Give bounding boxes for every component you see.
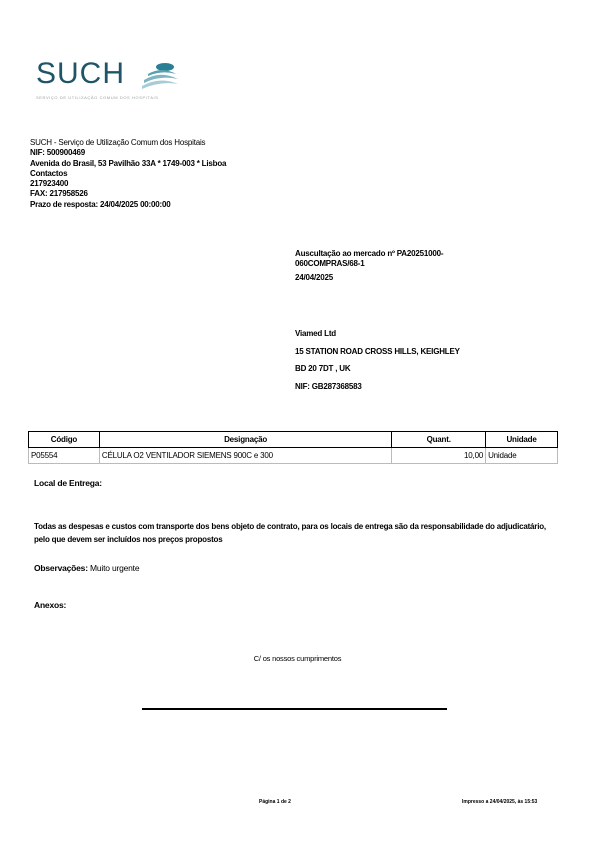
cell-unit: Unidade — [486, 448, 558, 464]
reference-date: 24/04/2025 — [295, 273, 333, 282]
supplier-address1: 15 STATION ROAD CROSS HILLS, KEIGHLEY — [295, 347, 460, 365]
sender-phone: 217923400 — [30, 179, 226, 189]
logo-wordmark: SUCH — [36, 58, 125, 90]
delivery-location-label: Local de Entrega: — [34, 478, 102, 488]
cell-quantity: 10,00 — [392, 448, 486, 464]
supplier-address2: BD 20 7DT , UK — [295, 364, 460, 382]
sender-contacts-label: Contactos — [30, 169, 226, 179]
transport-note: Todas as despesas e custos com transport… — [34, 520, 554, 546]
reference-title: Auscultação ao mercado nº PA20251000- 06… — [295, 249, 443, 269]
header-code: Código — [29, 432, 100, 448]
table-row: P05554 CÉLULA O2 VENTILADOR SIEMENS 900C… — [29, 448, 558, 464]
observations-label: Observações: — [34, 563, 88, 573]
header-quantity: Quant. — [392, 432, 486, 448]
cell-description: CÉLULA O2 VENTILADOR SIEMENS 900C e 300 — [99, 448, 391, 464]
supplier-name: Viamed Ltd — [295, 329, 460, 347]
response-deadline: Prazo de resposta: 24/04/2025 00:00:00 — [30, 200, 226, 210]
sender-address: Avenida do Brasil, 53 Pavilhão 33A * 174… — [30, 159, 226, 169]
supplier-block: Viamed Ltd 15 STATION ROAD CROSS HILLS, … — [295, 329, 460, 399]
greeting: C/ os nossos cumprimentos — [0, 654, 595, 663]
observations: Observações: Muito urgente — [34, 563, 139, 573]
signature-line — [142, 708, 447, 710]
page-number: Página 1 de 2 — [259, 799, 291, 805]
waves-logo-icon — [140, 60, 180, 90]
reference-title-line2: 060COMPRAS/68-1 — [295, 259, 443, 269]
sender-name: SUCH - Serviço de Utilização Comum dos H… — [30, 138, 226, 148]
sender-fax: FAX: 217958526 — [30, 189, 226, 199]
items-table: Código Designação Quant. Unidade P05554 … — [28, 431, 558, 464]
cell-code: P05554 — [29, 448, 100, 464]
header-description: Designação — [99, 432, 391, 448]
such-logo: SUCH SERVIÇO DE UTILIZAÇÃO COMUM DOS HOS… — [36, 58, 186, 106]
attachments-label: Anexos: — [34, 600, 66, 610]
observations-value: Muito urgente — [90, 563, 139, 573]
reference-title-line1: Auscultação ao mercado nº PA20251000- — [295, 249, 443, 259]
header-unit: Unidade — [486, 432, 558, 448]
table-header-row: Código Designação Quant. Unidade — [29, 432, 558, 448]
print-timestamp: Impresso a 24/04/2025, às 15:53 — [462, 799, 537, 805]
sender-block: SUCH - Serviço de Utilização Comum dos H… — [30, 138, 226, 210]
supplier-nif: NIF: GB287368583 — [295, 382, 460, 400]
sender-nif: NIF: 500900469 — [30, 148, 226, 158]
logo-subtitle: SERVIÇO DE UTILIZAÇÃO COMUM DOS HOSPITAI… — [36, 95, 158, 100]
